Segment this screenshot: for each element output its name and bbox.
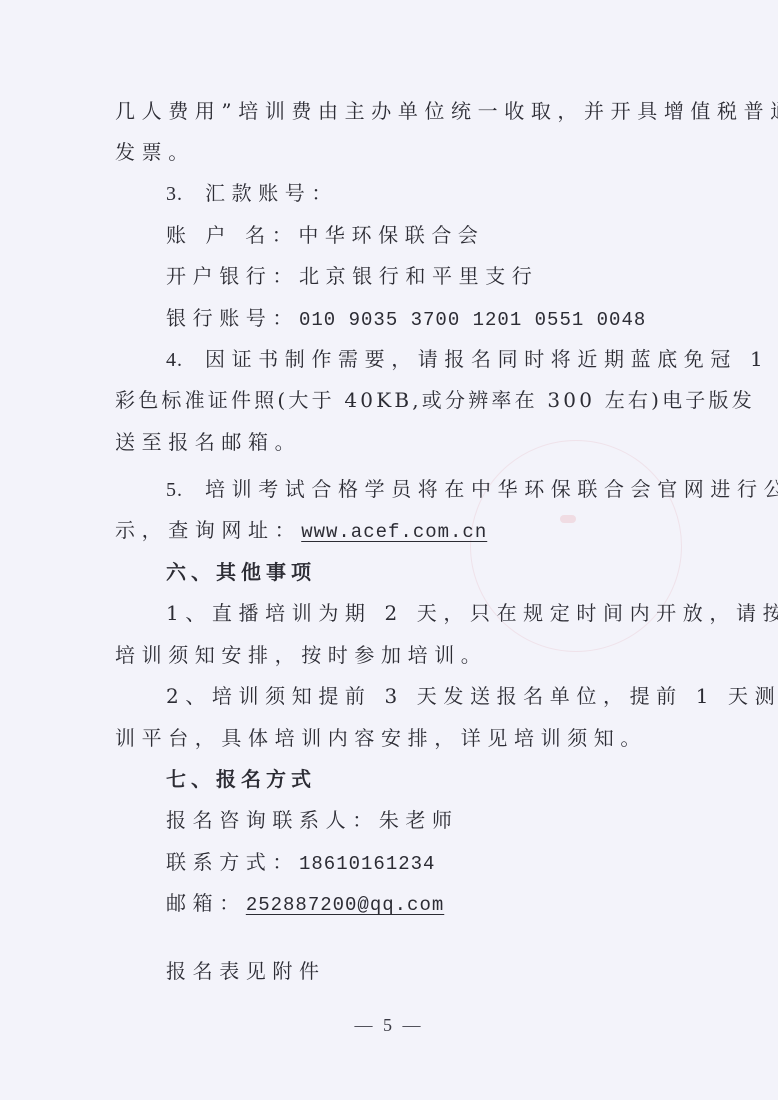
website-link[interactable]: www.acef.com.cn [301, 521, 487, 543]
account-number-value: 010 9035 3700 1201 0551 0048 [299, 309, 646, 331]
section-6-heading: 六、其他事项 [166, 557, 316, 587]
account-number-row: 银行账号：010 9035 3700 1201 0551 0048 [166, 303, 646, 333]
phone-label: 联系方式： [166, 850, 299, 874]
item-5-line-2: 示，查询网址：www.acef.com.cn [115, 515, 487, 545]
item-number: 3. [166, 183, 183, 205]
email-link[interactable]: 252887200@qq.com [246, 894, 444, 916]
paragraph-line: 几人费用”培训费由主办单位统一收取，并开具增值税普通 [115, 96, 778, 126]
account-number-label: 银行账号： [166, 306, 299, 330]
section-6-item-2-line-2: 训平台，具体培训内容安排，详见培训须知。 [115, 723, 647, 753]
bank-label: 开户银行： [166, 264, 299, 288]
contact-row: 报名咨询联系人：朱老师 [166, 805, 459, 835]
contact-label: 报名咨询联系人： [166, 808, 379, 832]
bank-row: 开户银行：北京银行和平里支行 [166, 261, 538, 291]
attachment-note: 报名表见附件 [166, 956, 326, 986]
item-5-line-1: 5.培训考试合格学员将在中华环保联合会官网进行公 [166, 474, 778, 504]
item-3-title: 3.汇款账号： [166, 178, 338, 208]
section-7-heading: 七、报名方式 [166, 764, 316, 794]
item-text: 因证书制作需要，请报名同时将近期蓝底免冠 1 寸 [205, 347, 778, 371]
bank-value: 北京银行和平里支行 [299, 264, 538, 288]
contact-value: 朱老师 [379, 808, 459, 832]
page-number: — 5 — [0, 1015, 778, 1036]
item-number: 4. [166, 349, 183, 371]
email-row: 邮箱：252887200@qq.com [166, 888, 444, 918]
email-label: 邮箱： [166, 891, 246, 915]
url-prefix: 示，查询网址： [115, 518, 301, 542]
item-number: 5. [166, 479, 183, 501]
item-4-line-1: 4.因证书制作需要，请报名同时将近期蓝底免冠 1 寸 [166, 344, 778, 374]
item-4-line-3: 送至报名邮箱。 [115, 427, 301, 457]
item-text: 培训考试合格学员将在中华环保联合会官网进行公 [205, 477, 778, 501]
item-title: 汇款账号： [205, 181, 338, 205]
section-6-item-1-line-1: 1、直播培训为期 2 天，只在规定时间内开放，请按照 [166, 598, 778, 628]
item-4-line-2: 彩色标准证件照(大于 40KB,或分辨率在 300 左右)电子版发 [115, 385, 755, 415]
paragraph-line: 发票。 [115, 137, 195, 167]
phone-value: 18610161234 [299, 853, 435, 875]
section-6-item-2-line-1: 2、培训须知提前 3 天发送报名单位，提前 1 天测试培 [166, 681, 778, 711]
seal-mark [560, 515, 576, 523]
phone-row: 联系方式：18610161234 [166, 847, 435, 877]
account-name-value: 中华环保联合会 [298, 223, 484, 247]
account-name-label: 账 户 名： [166, 223, 298, 247]
section-6-item-1-line-2: 培训须知安排，按时参加培训。 [115, 640, 487, 670]
account-name-row: 账 户 名：中华环保联合会 [166, 220, 485, 250]
